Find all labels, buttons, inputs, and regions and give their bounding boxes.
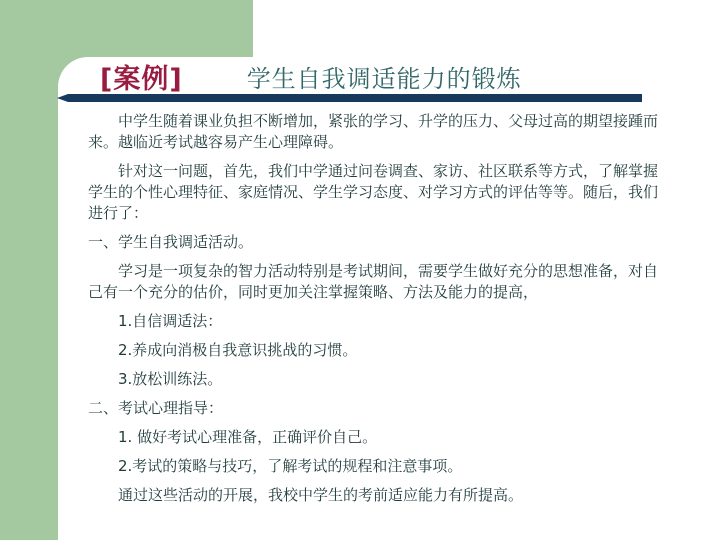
slide-body: 中学生随着课业负担不断增加，紧张的学习、升学的压力、父母过高的期望接踵而来。越临… [88, 111, 664, 514]
list-item-1: 1.自信调适法： [88, 311, 664, 332]
slide-header: [案例] 学生自我调适能力的锻炼 [100, 58, 660, 94]
paragraph-intro: 中学生随着课业负担不断增加，紧张的学习、升学的压力、父母过高的期望接踵而来。越临… [88, 111, 664, 153]
paragraph-conclusion: 通过这些活动的开展，我校中学生的考前适应能力有所提高。 [88, 485, 664, 506]
case-bracket-label: [案例] [100, 57, 183, 96]
list-item-2: 2.养成向消极自我意识挑战的习惯。 [88, 340, 664, 361]
paragraph-study: 学习是一项复杂的智力活动特别是考试期间，需要学生做好充分的思想准备，对自己有一个… [88, 261, 664, 303]
list-item-5: 2.考试的策略与技巧，了解考试的规程和注意事项。 [88, 456, 664, 477]
paragraph-approach: 针对这一问题，首先，我们中学通过问卷调查、家访、社区联系等方式，了解掌握学生的个… [88, 161, 664, 224]
section-heading-1: 一、学生自我调适活动。 [88, 232, 664, 253]
list-item-4: 1. 做好考试心理准备，正确评价自己。 [88, 427, 664, 448]
section-heading-2: 二、考试心理指导： [88, 398, 664, 419]
list-item-3: 3.放松训练法。 [88, 369, 664, 390]
slide-title: 学生自我调适能力的锻炼 [247, 59, 522, 94]
title-underline-bar [57, 94, 642, 102]
presentation-slide: [案例] 学生自我调适能力的锻炼 中学生随着课业负担不断增加，紧张的学习、升学的… [0, 0, 720, 540]
